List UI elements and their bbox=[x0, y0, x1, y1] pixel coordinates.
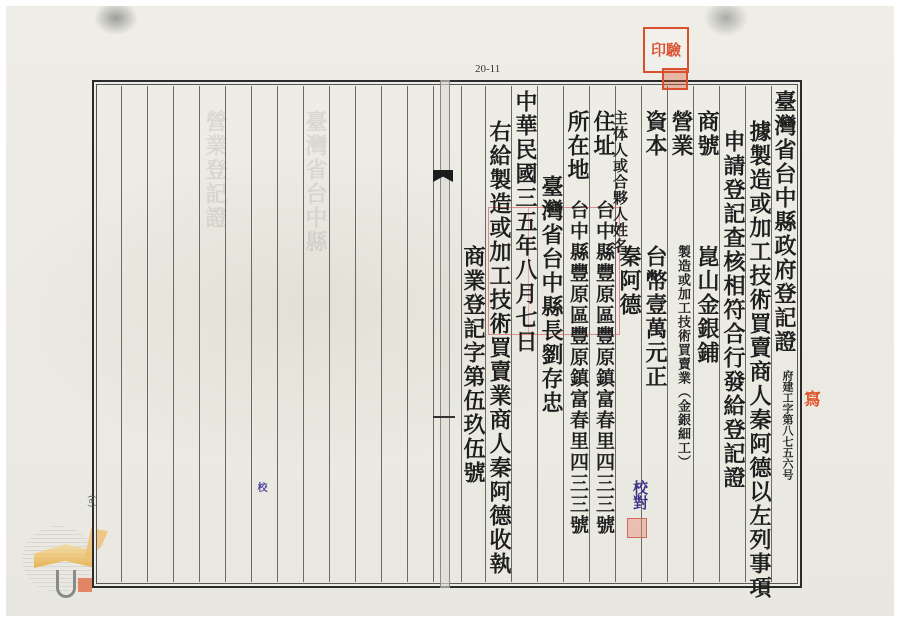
column-rule bbox=[251, 86, 252, 582]
column-rule bbox=[277, 86, 278, 582]
page-fold-spine bbox=[440, 80, 450, 588]
column-rule bbox=[173, 86, 174, 582]
side-red-stamp: 寫 bbox=[804, 385, 821, 410]
recipient-column: 右給製造或加工技術買賣業商人秦阿德收執 bbox=[488, 120, 510, 576]
seal-text: 印驗 bbox=[651, 42, 681, 59]
top-red-seal: 印驗 bbox=[643, 27, 689, 73]
issuer-column: 臺灣省台中縣長劉存忠 bbox=[540, 175, 562, 415]
left-margin-mark: (e) bbox=[86, 495, 96, 507]
bleed-through-text: 臺灣省台中縣 bbox=[300, 110, 331, 254]
date-column: 中華民國三五年八月七日 bbox=[514, 90, 536, 354]
column-rule bbox=[355, 86, 356, 582]
request-column: 申請登記查核相符合行發給登記證 bbox=[722, 130, 744, 490]
page-number: 20-11 bbox=[475, 63, 500, 75]
shop-name-label: 商號 bbox=[696, 110, 718, 158]
business-value: 製造或加工技術買賣業（金銀細工） bbox=[676, 245, 689, 469]
tree-icon bbox=[56, 570, 76, 598]
header-reference: 府建工字第八七五六号 bbox=[782, 370, 793, 480]
logo-seal-icon bbox=[78, 578, 92, 592]
capital-value: 台幣壹萬元正 bbox=[644, 245, 666, 389]
column-rule bbox=[121, 86, 122, 582]
shop-name-value: 崑山金銀鋪 bbox=[696, 245, 718, 365]
owner-value: 秦阿德 bbox=[618, 245, 640, 317]
basis-column: 據製造或加工技術買賣商人秦阿德以左列事項 bbox=[748, 120, 770, 600]
location-label: 所在地 bbox=[566, 110, 588, 182]
address-label: 住址 bbox=[592, 110, 614, 158]
checker-seal bbox=[627, 518, 647, 538]
location-value: 台中縣豐原區豐原鎮富春里四三三號 bbox=[568, 200, 587, 536]
column-rule bbox=[407, 86, 408, 582]
column-rule bbox=[433, 86, 434, 582]
bleed-through-text: 營業登記證 bbox=[200, 110, 231, 230]
registration-number-column: 商業登記字第伍玖伍號 bbox=[462, 245, 484, 485]
header-column: 臺灣省台中縣政府登記證 bbox=[773, 90, 795, 354]
checker-signature: 校對 bbox=[630, 480, 651, 510]
column-rule bbox=[381, 86, 382, 582]
capital-label: 資本 bbox=[644, 110, 666, 158]
seal-tail bbox=[662, 68, 688, 90]
spine-bar bbox=[433, 416, 455, 418]
column-rule bbox=[147, 86, 148, 582]
purple-ink-marks: 校 bbox=[253, 482, 268, 492]
address-value: 台中縣豐原區豐原鎮富春里四三三號 bbox=[594, 200, 613, 536]
business-label: 營業 bbox=[670, 110, 692, 158]
